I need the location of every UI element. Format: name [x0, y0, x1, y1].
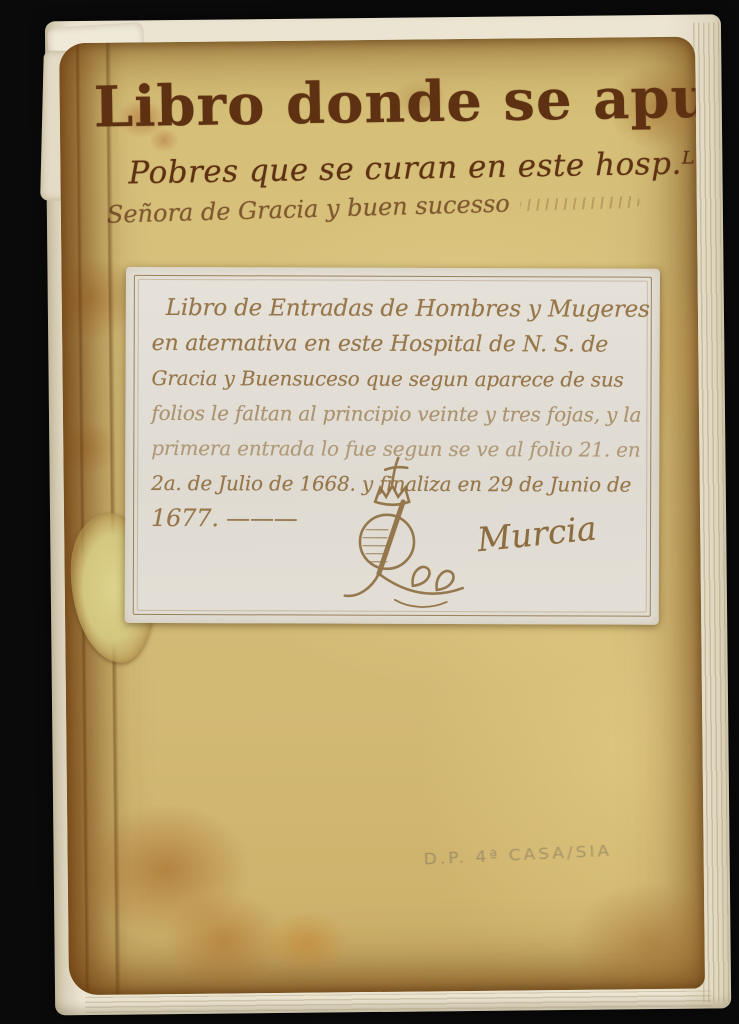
label-line: en aternativa en este Hospital de N. S. … — [152, 326, 644, 363]
label-line: Libro de Entradas de Hombres y Mugeres — [152, 291, 644, 328]
label-line: primera entrada lo fue segun se ve al fo… — [151, 431, 643, 468]
label-line: folios le faltan al principio veinte y t… — [151, 396, 643, 433]
label-line: Gracia y Buensuceso que segun aparece de… — [152, 361, 644, 398]
illegible-flourish — [520, 196, 640, 211]
cover-title-line3: Señora de Gracia y buen sucesso — [95, 184, 690, 229]
archive-label: Libro de Entradas de Hombres y Mugeres e… — [125, 267, 660, 625]
signature-murcia: Murcia — [475, 508, 598, 559]
label-text: Libro de Entradas de Hombres y Mugeres e… — [151, 291, 644, 538]
cover-title-line1: Libro donde se apuntan Los — [93, 69, 688, 137]
label-line: 1677. ——— — [151, 501, 643, 538]
parchment-cover: Libro donde se apuntan Los Pobres que se… — [59, 37, 705, 996]
crowned-orb-emblem — [321, 450, 472, 619]
label-line: 2a. de Julio de 1668. y finaliza en 29 d… — [151, 466, 643, 503]
cover-title-line2: Pobres que se curan en este hosp.ᴸ de nr… — [94, 145, 689, 191]
book: Libro donde se apuntan Los Pobres que se… — [15, 4, 731, 1015]
pencil-inscription: D.P. 4ª CASA/SIA — [423, 840, 664, 869]
cover-title: Libro donde se apuntan Los Pobres que se… — [93, 71, 689, 224]
photo-frame: Libro donde se apuntan Los Pobres que se… — [0, 0, 739, 1024]
cover-title-line3-text: Señora de Gracia y buen sucesso — [107, 189, 511, 228]
